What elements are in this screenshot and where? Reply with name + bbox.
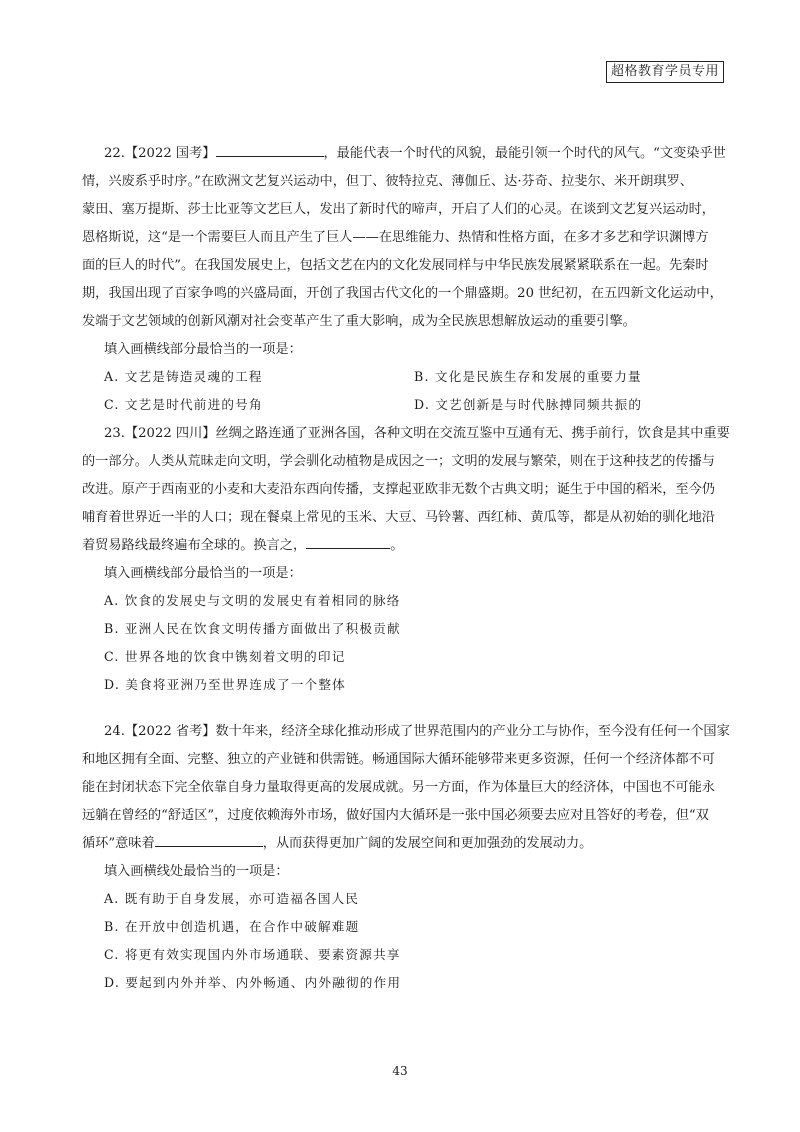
question-prompt: 填入画横线部分最恰当的一项是： <box>104 338 302 357</box>
stem-text: 发端于文艺领域的创新风潮对社会变革产生了重大影响，成为全民族思想解放运动的重要引… <box>82 310 636 329</box>
option-text: 既有助于自身发展，亦可造福各国人民 <box>125 891 360 906</box>
option-label: B. <box>104 621 120 636</box>
option-b[interactable]: B. 文化是民族生存和发展的重要力量 <box>414 366 642 385</box>
stem-text: 面的巨人的时代”。在我国发展史上，包括文艺在内的文化发展同样与中华民族发展紧紧联… <box>82 254 709 273</box>
option-label: A. <box>104 891 120 906</box>
option-text: 文化是民族生存和发展的重要力量 <box>435 369 642 384</box>
stem-text: ，最能代表一个时代的风貌，最能引领一个时代的风气。“文变染乎世 <box>324 146 726 161</box>
question-number: 24. <box>104 724 125 739</box>
question-stem-line: 22.【2022 国考】，最能代表一个时代的风貌，最能引领一个时代的风气。“文变… <box>104 142 726 161</box>
answer-blank <box>216 144 324 157</box>
option-a[interactable]: A. 饮食的发展史与文明的发展史有着相同的脉络 <box>104 590 401 609</box>
option-label: D. <box>104 677 120 692</box>
question-source: 【2022 国考】 <box>125 146 216 161</box>
stem-text: 远躺在曾经的“舒适区”，过度依赖海外市场，做好国内大循环是一张中国必须要去应对且… <box>82 804 709 823</box>
option-d[interactable]: D. 要起到内外并举、内外畅通、内外融彻的作用 <box>104 972 401 991</box>
stem-text: 期，我国出现了百家争鸣的兴盛局面，开创了我国古代文化的一个鼎盛期。20 世纪初，… <box>82 282 723 301</box>
option-text: 要起到内外并举、内外畅通、内外融彻的作用 <box>125 975 401 990</box>
option-label: C. <box>104 947 120 962</box>
stem-line-with-blank: 着贸易路线最终遍布全球的。换言之，。 <box>82 534 403 553</box>
option-c[interactable]: C. 将更有效实现国内外市场通联、要素资源共享 <box>104 944 401 963</box>
stem-text: 情，兴废系乎时序。”在欧洲文艺复兴运动中，但丁、彼特拉克、薄伽丘、达·芬奇、拉斐… <box>82 170 693 189</box>
question-number: 22. <box>104 146 125 161</box>
question-stem-line: 23.【2022 四川】丝绸之路连通了亚洲各国，各种文明在交流互鉴中互通有无、携… <box>104 422 730 441</box>
option-text: 亚洲人民在饮食文明传播方面做出了积极贡献 <box>125 621 401 636</box>
stem-text: ，从而获得更加广阔的发展空间和更加强劲的发展动力。 <box>263 836 593 851</box>
stem-line-with-blank: 循环”意味着，从而获得更加广阔的发展空间和更加强劲的发展动力。 <box>82 832 592 851</box>
question-source: 【2022 四川】 <box>125 426 216 441</box>
option-c[interactable]: C. 世界各地的饮食中镌刻着文明的印记 <box>104 646 346 665</box>
answer-blank <box>306 536 390 549</box>
option-b[interactable]: B. 亚洲人民在饮食文明传播方面做出了积极贡献 <box>104 618 401 637</box>
option-text: 饮食的发展史与文明的发展史有着相同的脉络 <box>125 593 401 608</box>
option-text: 在开放中创造机遇，在合作中破解难题 <box>125 919 360 934</box>
option-text: 美食将亚洲乃至世界连成了一个整体 <box>125 677 346 692</box>
option-label: B. <box>414 369 430 384</box>
stem-text: 改进。原产于西南亚的小麦和大麦沿东西向传播，支撑起亚欧非无数个古典文明；诞生于中… <box>82 478 715 497</box>
option-a[interactable]: A. 文艺是铸造灵魂的工程 <box>104 366 263 385</box>
question-stem-line: 24.【2022 省考】数十年来，经济全球化推动形成了世界范围内的产业分工与协作… <box>104 720 730 739</box>
question-prompt: 填入画横线部分最恰当的一项是： <box>104 562 302 581</box>
stem-text: 的一部分。人类从荒昧走向文明，学会驯化动植物是成因之一；文明的发展与繁荣，则在于… <box>82 450 715 469</box>
option-text: 文艺是铸造灵魂的工程 <box>125 369 263 384</box>
header-watermark-tag: 超格教育学员专用 <box>606 61 724 83</box>
option-label: D. <box>104 975 120 990</box>
option-b[interactable]: B. 在开放中创造机遇，在合作中破解难题 <box>104 916 359 935</box>
stem-text: 恩格斯说，这“是一个需要巨人而且产生了巨人——在思维能力、热情和性格方面，在多才… <box>82 226 709 245</box>
stem-text: 和地区拥有全面、完整、独立的产业链和供需链。畅通国际大循环能够带来更多资源，任何… <box>82 748 715 767</box>
option-a[interactable]: A. 既有助于自身发展，亦可造福各国人民 <box>104 888 359 907</box>
option-label: C. <box>104 397 120 412</box>
stem-text: 蒙田、塞万提斯、莎士比亚等文艺巨人，发出了新时代的啼声，开启了人们的心灵。在谈到… <box>82 198 715 217</box>
option-label: C. <box>104 649 120 664</box>
option-label: A. <box>104 593 120 608</box>
option-text: 文艺是时代前进的号角 <box>125 397 263 412</box>
option-label: D. <box>414 397 430 412</box>
question-number: 23. <box>104 426 125 441</box>
stem-text: 着贸易路线最终遍布全球的。换言之， <box>82 538 306 553</box>
stem-text: 循环”意味着 <box>82 836 155 851</box>
stem-text: 数十年来，经济全球化推动形成了世界范围内的产业分工与协作，至今没有任何一个国家 <box>216 724 730 739</box>
page-number: 43 <box>0 1064 800 1078</box>
option-text: 文艺创新是与时代脉搏同频共振的 <box>435 397 642 412</box>
question-prompt: 填入画横线处最恰当的一项是： <box>104 860 289 879</box>
stem-text: 哺育着世界近一半的人口；现在餐桌上常见的玉米、大豆、马铃薯、西红柿、黄瓜等，都是… <box>82 506 715 525</box>
option-text: 世界各地的饮食中镌刻着文明的印记 <box>125 649 346 664</box>
option-text: 将更有效实现国内外市场通联、要素资源共享 <box>125 947 401 962</box>
stem-text: 丝绸之路连通了亚洲各国，各种文明在交流互鉴中互通有无、携手前行，饮食是其中重要 <box>216 426 730 441</box>
option-d[interactable]: D. 美食将亚洲乃至世界连成了一个整体 <box>104 674 346 693</box>
option-c[interactable]: C. 文艺是时代前进的号角 <box>104 394 263 413</box>
option-label: B. <box>104 919 120 934</box>
answer-blank <box>155 834 263 847</box>
stem-text: 能在封闭状态下完全依靠自身力量取得更高的发展成就。另一方面，作为体量巨大的经济体… <box>82 776 715 795</box>
stem-text: 。 <box>390 538 403 553</box>
option-label: A. <box>104 369 120 384</box>
question-source: 【2022 省考】 <box>125 724 216 739</box>
option-d[interactable]: D. 文艺创新是与时代脉搏同频共振的 <box>414 394 642 413</box>
